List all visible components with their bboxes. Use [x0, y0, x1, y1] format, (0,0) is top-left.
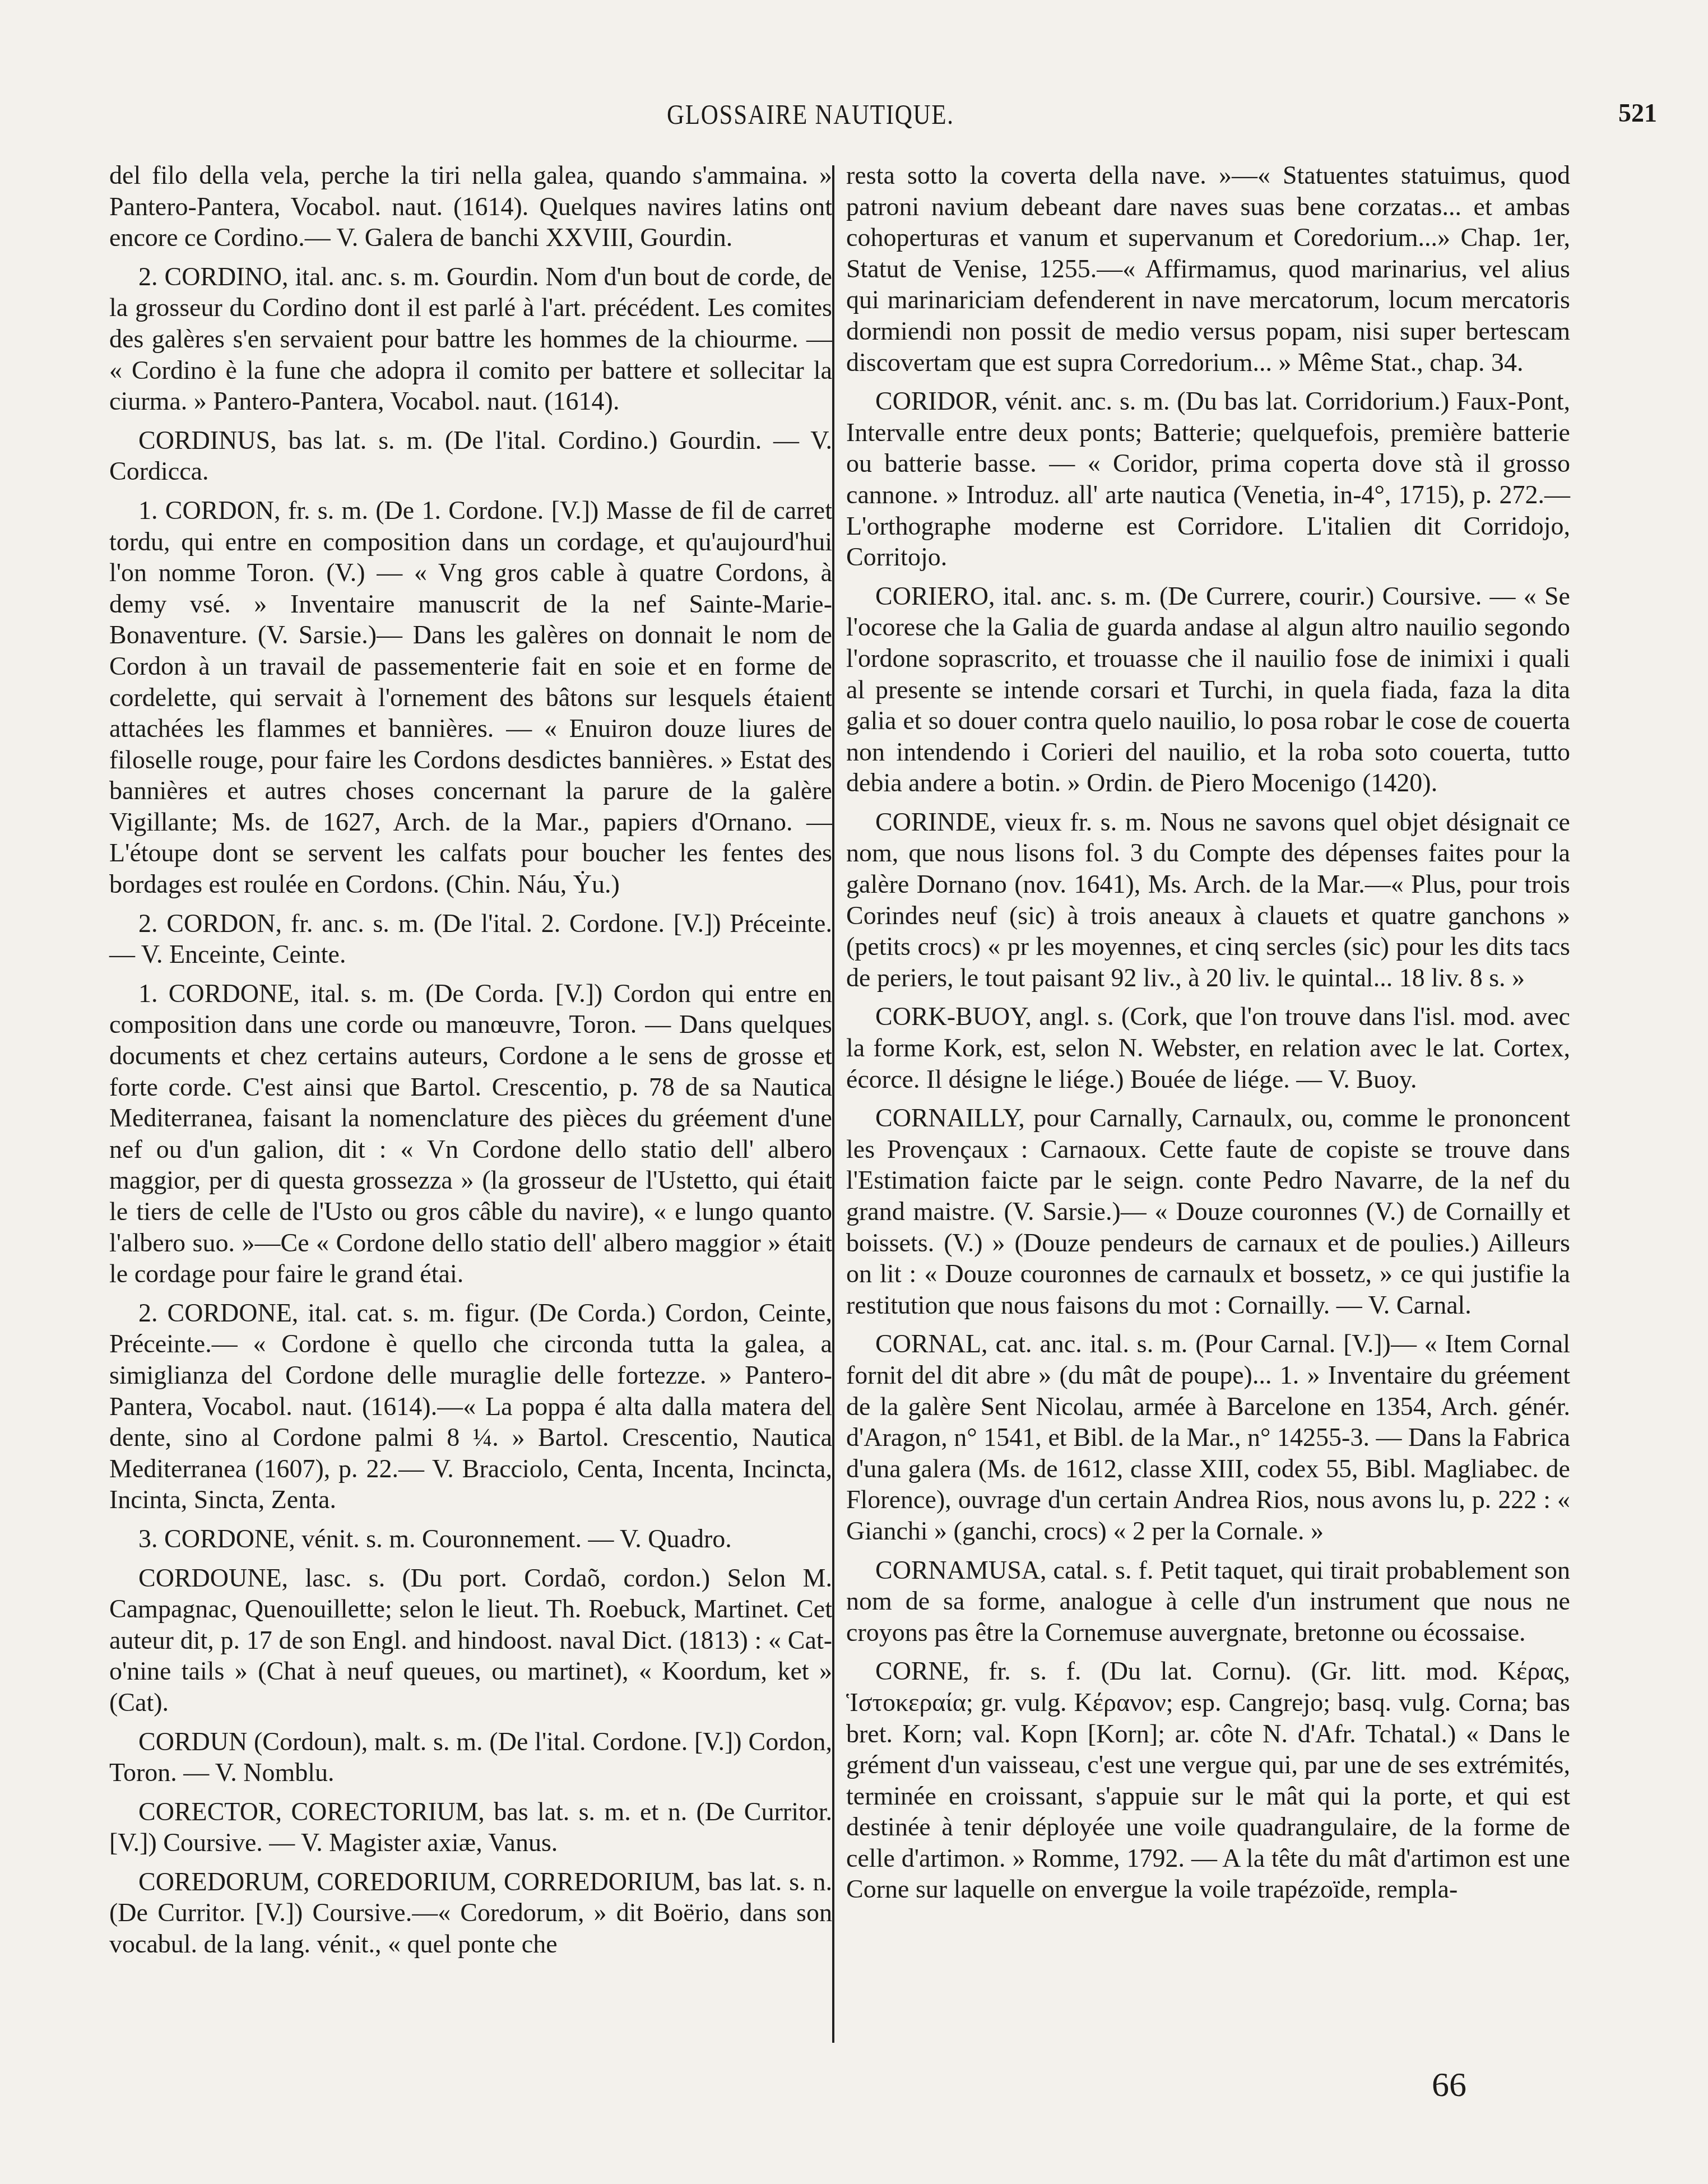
glossary-entry: del filo della vela, perche la tiri nell… — [109, 160, 832, 253]
glossary-entry: 1. CORDON, fr. s. m. (De 1. Cordone. [V.… — [109, 495, 832, 900]
column-divider — [832, 165, 834, 2043]
glossary-entry: COREDORUM, COREDORIUM, CORREDORIUM, bas … — [109, 1866, 832, 1960]
glossary-entry: CORIDOR, vénit. anc. s. m. (Du bas lat. … — [846, 386, 1570, 573]
right-column: resta sotto la coverta della nave. »—« S… — [846, 160, 1570, 1913]
glossary-entry: 2. CORDONE, ital. cat. s. m. figur. (De … — [109, 1297, 832, 1515]
glossary-entry: CORNE, fr. s. f. (Du lat. Cornu). (Gr. l… — [846, 1656, 1570, 1905]
glossary-entry: CORK-BUOY, angl. s. (Cork, que l'on trou… — [846, 1001, 1570, 1095]
page-header: GLOSSAIRE NAUTIQUE. 521 — [0, 98, 1708, 143]
glossary-entry: 3. CORDONE, vénit. s. m. Couronnement. —… — [109, 1523, 832, 1555]
glossary-entry: CORIERO, ital. anc. s. m. (De Currere, c… — [846, 581, 1570, 799]
glossary-entry: CORINDE, vieux fr. s. m. Nous ne savons … — [846, 806, 1570, 994]
glossary-entry: CORDINUS, bas lat. s. m. (De l'ital. Cor… — [109, 425, 832, 487]
glossary-entry: resta sotto la coverta della nave. »—« S… — [846, 160, 1570, 378]
glossary-entry: CORDUN (Cordoun), malt. s. m. (De l'ital… — [109, 1726, 832, 1788]
glossary-entry: CORNAMUSA, catal. s. f. Petit taquet, qu… — [846, 1555, 1570, 1648]
glossary-entry: CORECTOR, CORECTORIUM, bas lat. s. m. et… — [109, 1796, 832, 1858]
glossary-entry: CORNAILLY, pour Carnally, Carnaulx, ou, … — [846, 1102, 1570, 1320]
left-column: del filo della vela, perche la tiri nell… — [109, 160, 832, 1968]
glossary-entry: 2. CORDON, fr. anc. s. m. (De l'ital. 2.… — [109, 908, 832, 970]
page-number: 521 — [1618, 98, 1657, 128]
glossary-entry: 2. CORDINO, ital. anc. s. m. Gourdin. No… — [109, 261, 832, 417]
signature-mark: 66 — [1432, 2065, 1466, 2105]
glossary-entry: CORNAL, cat. anc. ital. s. m. (Pour Carn… — [846, 1328, 1570, 1546]
glossary-entry: 1. CORDONE, ital. s. m. (De Corda. [V.])… — [109, 978, 832, 1290]
running-title: GLOSSAIRE NAUTIQUE. — [667, 98, 954, 131]
glossary-entry: CORDOUNE, lasc. s. (Du port. Cordaõ, cor… — [109, 1562, 832, 1718]
